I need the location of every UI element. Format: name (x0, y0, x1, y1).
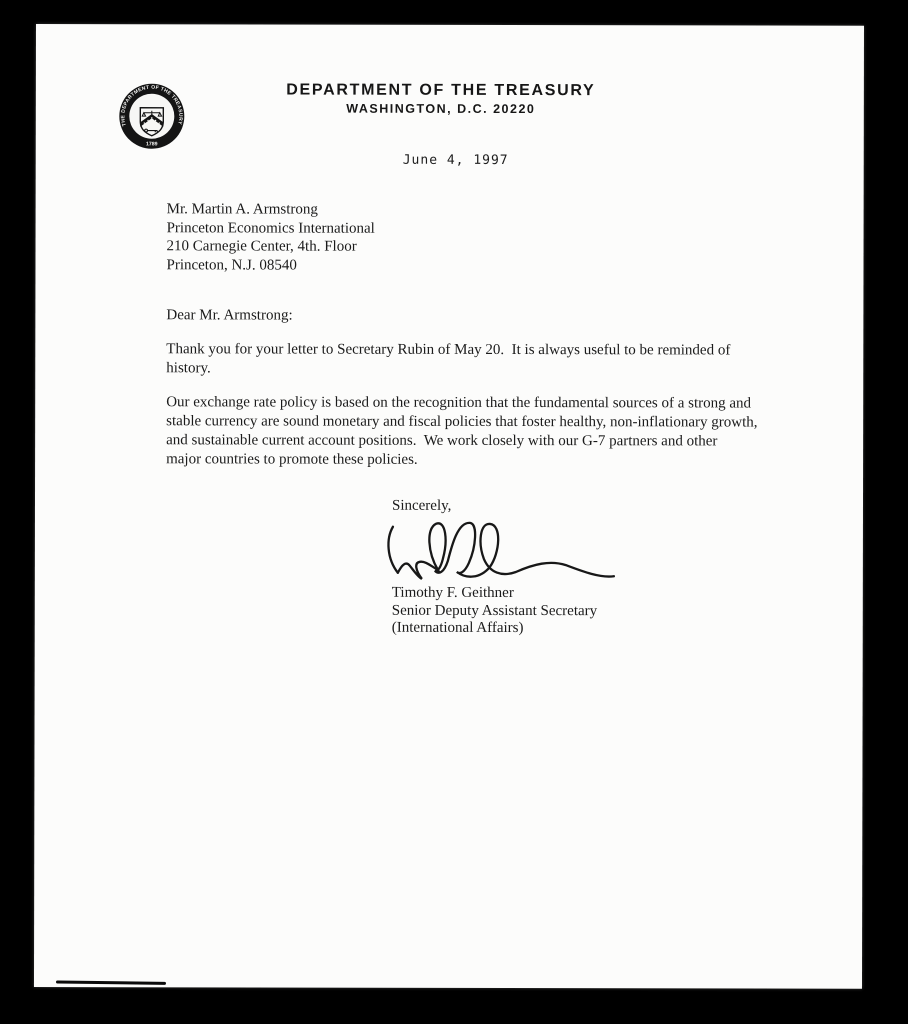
letter-page: THE DEPARTMENT OF THE TREASURY 1789 (34, 24, 864, 989)
para2-line3: and sustainable current account position… (166, 431, 757, 451)
recipient-company: Princeton Economics International (167, 219, 375, 238)
para1-line1: Thank you for your letter to Secretary R… (166, 340, 730, 360)
recipient-city: Princeton, N.J. 08540 (166, 256, 374, 275)
signer-title-1: Senior Deputy Assistant Secretary (392, 602, 597, 620)
recipient-street: 210 Carnegie Center, 4th. Floor (167, 237, 375, 256)
valediction: Sincerely, (392, 497, 451, 516)
scan-artifact (56, 980, 166, 984)
scan-background: THE DEPARTMENT OF THE TREASURY 1789 (0, 0, 908, 1024)
signature-block: Timothy F. Geithner Senior Deputy Assist… (392, 585, 598, 638)
recipient-address: Mr. Martin A. Armstrong Princeton Econom… (166, 200, 374, 274)
para1-line2: history. (166, 359, 730, 379)
letter-date: June 4, 1997 (403, 153, 509, 168)
para2-line2: stable currency are sound monetary and f… (166, 412, 757, 432)
letterhead: DEPARTMENT OF THE TREASURY WASHINGTON, D… (27, 81, 855, 117)
seal-year-text: 1789 (146, 141, 158, 147)
signature (384, 515, 619, 585)
signer-name: Timothy F. Geithner (392, 585, 597, 603)
letterhead-subtitle: WASHINGTON, D.C. 20220 (27, 101, 855, 117)
letterhead-title: DEPARTMENT OF THE TREASURY (27, 81, 855, 101)
signature-icon (384, 515, 619, 585)
salutation: Dear Mr. Armstrong: (166, 306, 292, 325)
recipient-name: Mr. Martin A. Armstrong (167, 200, 375, 219)
para2-line1: Our exchange rate policy is based on the… (166, 393, 757, 413)
body-paragraph-1: Thank you for your letter to Secretary R… (166, 340, 730, 379)
signer-title-2: (International Affairs) (392, 620, 597, 638)
para2-line4: major countries to promote these policie… (166, 450, 757, 470)
body-paragraph-2: Our exchange rate policy is based on the… (166, 393, 757, 470)
